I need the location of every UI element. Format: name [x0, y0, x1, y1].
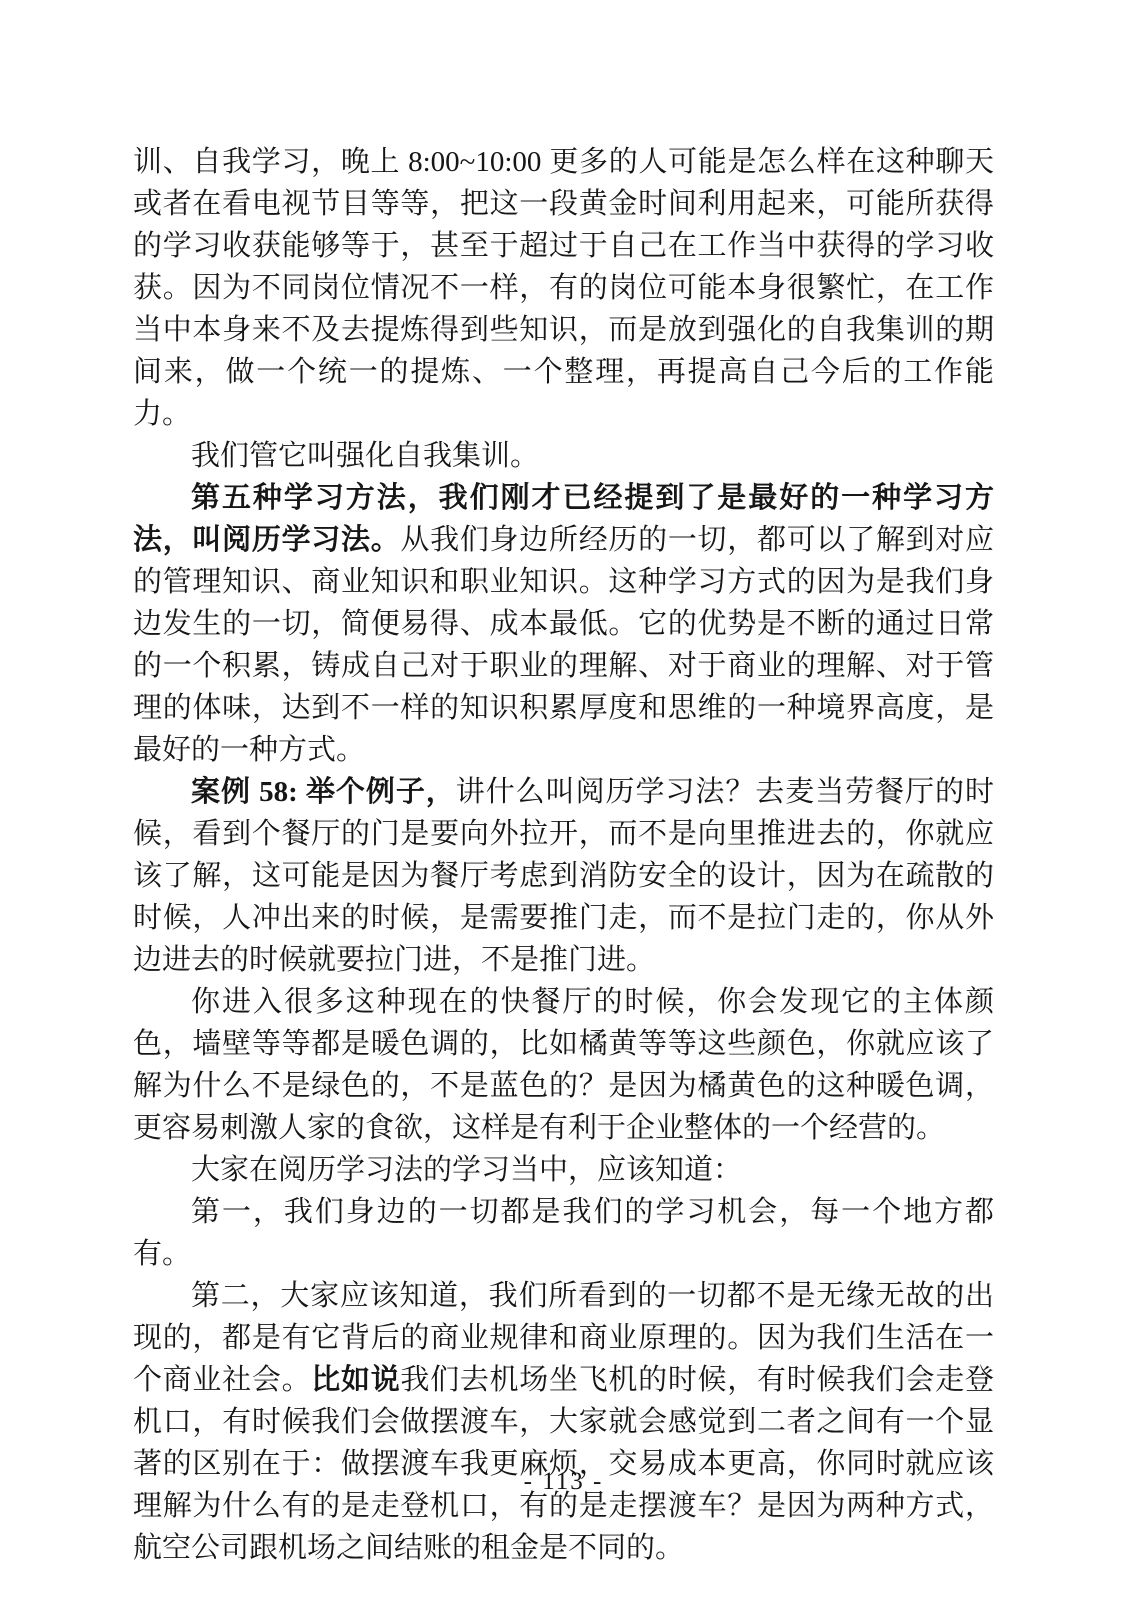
page-number: - 113 - [133, 1466, 994, 1498]
paragraph-3-text: 从我们身边所经历的一切，都可以了解到对应的管理知识、商业知识和职业知识。这种学习… [133, 524, 994, 766]
paragraph-7: 第一，我们身边的一切都是我们的学习机会，每一个地方都有。 [133, 1191, 994, 1275]
paragraph-8: 第二，大家应该知道，我们所看到的一切都不是无缘无故的出现的，都是有它背后的商业规… [133, 1275, 994, 1569]
paragraph-7-text: 第一，我们身边的一切都是我们的学习机会，每一个地方都有。 [133, 1196, 994, 1270]
paragraph-3: 第五种学习方法，我们刚才已经提到了是最好的一种学习方法，叫阅历学习法。从我们身边… [133, 477, 994, 771]
paragraph-5: 你进入很多这种现在的快餐厅的时候，你会发现它的主体颜色，墙壁等等都是暖色调的，比… [133, 981, 994, 1149]
paragraph-4-case-label: 案例 58: 举个例子， [191, 776, 456, 808]
document-body: 训、自我学习，晚上 8:00~10:00 更多的人可能是怎么样在这种聊天或者在看… [133, 141, 994, 1569]
paragraph-5-text: 你进入很多这种现在的快餐厅的时候，你会发现它的主体颜色，墙壁等等都是暖色调的，比… [133, 986, 994, 1144]
paragraph-2-text: 我们管它叫强化自我集训。 [191, 440, 539, 472]
paragraph-6: 大家在阅历学习法的学习当中，应该知道： [133, 1149, 994, 1191]
paragraph-6-text: 大家在阅历学习法的学习当中，应该知道： [191, 1154, 742, 1186]
paragraph-2: 我们管它叫强化自我集训。 [133, 435, 994, 477]
paragraph-4: 案例 58: 举个例子，讲什么叫阅历学习法？去麦当劳餐厅的时候，看到个餐厅的门是… [133, 771, 994, 981]
paragraph-1: 训、自我学习，晚上 8:00~10:00 更多的人可能是怎么样在这种聊天或者在看… [133, 141, 994, 435]
paragraph-8-bold-run: 比如说 [311, 1364, 400, 1396]
paragraph-1-text: 训、自我学习，晚上 8:00~10:00 更多的人可能是怎么样在这种聊天或者在看… [133, 146, 994, 430]
document-page: 训、自我学习，晚上 8:00~10:00 更多的人可能是怎么样在这种聊天或者在看… [0, 0, 1131, 1600]
